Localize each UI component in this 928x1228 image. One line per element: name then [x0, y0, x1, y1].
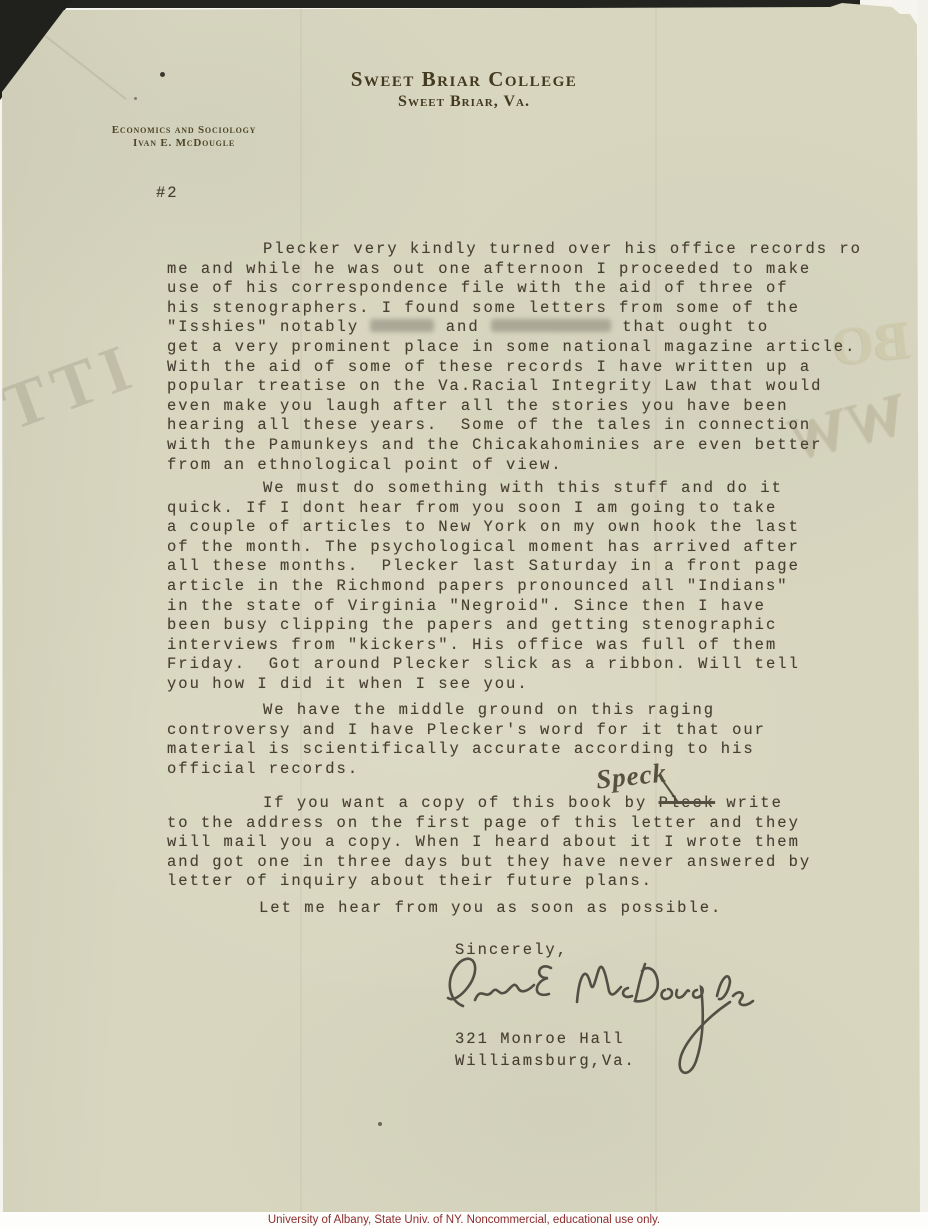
- body-line: hearing all these years. Some of the tal…: [167, 416, 887, 436]
- body-line: of the month. The psychological moment h…: [167, 538, 887, 558]
- body-line: interviews from "kickers". His office wa…: [167, 636, 887, 656]
- address-line: 321 Monroe Hall: [455, 1028, 636, 1050]
- body-line: We have the middle ground on this raging: [167, 701, 887, 721]
- body-line: from an ethnological point of view.: [167, 456, 887, 476]
- body-line: article in the Richmond papers pronounce…: [167, 577, 887, 597]
- paragraph-3: We have the middle ground on this raging…: [167, 701, 887, 779]
- closing-line: Let me hear from you as soon as possible…: [167, 899, 887, 919]
- redacted-name-1: [370, 319, 434, 332]
- body-text: "Isshies" notably: [167, 318, 370, 336]
- body-line: use of his correspondence file with the …: [167, 279, 887, 299]
- archive-credit-footer: University of Albany, State Univ. of NY.…: [0, 1212, 928, 1228]
- paper-speck: [378, 1122, 382, 1126]
- handwritten-correction: Speck: [595, 757, 669, 795]
- body-line: all these months. Plecker last Saturday …: [167, 557, 887, 577]
- body-line: his stenographers. I found some letters …: [167, 299, 887, 319]
- body-line: popular treatise on the Va.Racial Integr…: [167, 377, 887, 397]
- letterhead-college-location: Sweet Briar, Va.: [0, 92, 928, 112]
- body-line: Friday. Got around Plecker slick as a ri…: [167, 655, 887, 675]
- letterhead: Sweet Briar College Sweet Briar, Va.: [0, 68, 928, 112]
- struck-word: Pleck: [659, 794, 716, 812]
- sender-address: 321 Monroe Hall Williamsburg,Va.: [455, 1028, 636, 1072]
- paragraph-1: Plecker very kindly turned over his offi…: [167, 240, 887, 475]
- address-line: Williamsburg,Va.: [455, 1050, 636, 1072]
- body-line: letter of inquiry about their future pla…: [167, 872, 887, 892]
- ghost-bleedthrough-text: ITT: [0, 331, 141, 450]
- letterhead-college-name: Sweet Briar College: [0, 68, 928, 90]
- letterhead-department-block: Economics and Sociology Ivan E. McDougle: [104, 124, 264, 150]
- body-text: If you want a copy of this book by: [263, 794, 659, 812]
- letterhead-department: Economics and Sociology: [104, 124, 264, 137]
- body-line: get a very prominent place in some natio…: [167, 338, 887, 358]
- body-line: Plecker very kindly turned over his offi…: [167, 240, 887, 260]
- letterhead-professor: Ivan E. McDougle: [104, 137, 264, 150]
- body-line: and got one in three days but they have …: [167, 853, 887, 873]
- body-line: controversy and I have Plecker's word fo…: [167, 721, 887, 741]
- body-line: me and while he was out one afternoon I …: [167, 260, 887, 280]
- scan-background-top: [0, 0, 860, 8]
- body-text: that ought to: [611, 318, 769, 336]
- body-line: official records.: [167, 760, 887, 780]
- body-line-with-strikethrough: If you want a copy of this book by Pleck…: [167, 794, 887, 814]
- paragraph-2: We must do something with this stuff and…: [167, 479, 887, 695]
- body-line: to the address on the first page of this…: [167, 814, 887, 834]
- body-line: We must do something with this stuff and…: [167, 479, 887, 499]
- body-line: even make you laugh after all the storie…: [167, 397, 887, 417]
- redacted-name-2: [491, 319, 611, 332]
- body-line: material is scientifically accurate acco…: [167, 740, 887, 760]
- body-line-with-redactions: "Isshies" notably and that ought to: [167, 318, 887, 338]
- paragraph-4: If you want a copy of this book by Pleck…: [167, 794, 887, 892]
- body-line: in the state of Virginia "Negroid". Sinc…: [167, 597, 887, 617]
- body-text: and: [434, 318, 491, 336]
- body-line: Let me hear from you as soon as possible…: [167, 899, 887, 919]
- body-line: you how I did it when I see you.: [167, 675, 887, 695]
- body-line: quick. If I dont hear from you soon I am…: [167, 499, 887, 519]
- body-line: will mail you a copy. When I heard about…: [167, 833, 887, 853]
- body-line: a couple of articles to New York on my o…: [167, 518, 887, 538]
- page-number: #2: [156, 184, 179, 202]
- body-line: been busy clipping the papers and gettin…: [167, 616, 887, 636]
- body-line: With the aid of some of these records I …: [167, 358, 887, 378]
- body-text: write: [715, 794, 783, 812]
- body-line: with the Pamunkeys and the Chicakahomini…: [167, 436, 887, 456]
- letter-paper: ITT BO WW Sweet Briar College Sweet Bria…: [0, 0, 928, 1212]
- scanned-letter-page: ITT BO WW Sweet Briar College Sweet Bria…: [0, 0, 928, 1228]
